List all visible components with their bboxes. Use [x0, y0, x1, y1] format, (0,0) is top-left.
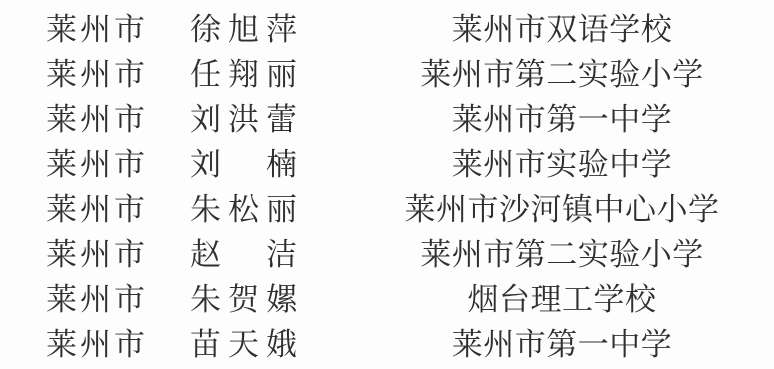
table-row: 莱州市 刘洪蕾 莱州市第一中学: [0, 97, 774, 142]
city-cell: 莱州市: [46, 322, 158, 367]
city-cell: 莱州市: [46, 52, 158, 97]
city-cell: 莱州市: [46, 232, 158, 277]
name-cell: 朱贺嫘: [190, 277, 316, 322]
name-cell: 徐旭萍: [190, 7, 316, 52]
table-row: 莱州市 朱贺嫘 烟台理工学校: [0, 277, 774, 322]
city-cell: 莱州市: [46, 142, 158, 187]
city-cell: 莱州市: [46, 97, 158, 142]
school-cell: 莱州市第二实验小学: [350, 232, 774, 277]
document-page: 莱州市 徐旭萍 莱州市双语学校 莱州市 任翔丽 莱州市第二实验小学 莱州市 刘洪…: [0, 0, 774, 369]
table-row: 莱州市 徐旭萍 莱州市双语学校: [0, 7, 774, 52]
table-row: 莱州市 刘 楠 莱州市实验中学: [0, 142, 774, 187]
name-cell: 朱松丽: [190, 187, 316, 232]
name-cell: 刘洪蕾: [190, 97, 316, 142]
school-cell: 莱州市第一中学: [350, 322, 774, 367]
school-cell: 莱州市实验中学: [350, 142, 774, 187]
school-cell: 莱州市第二实验小学: [350, 52, 774, 97]
table-row: 莱州市 苗天娥 莱州市第一中学: [0, 322, 774, 367]
name-cell: 苗天娥: [190, 322, 316, 367]
school-cell: 莱州市双语学校: [350, 7, 774, 52]
city-cell: 莱州市: [46, 277, 158, 322]
name-cell: 赵 洁: [190, 232, 316, 277]
school-cell: 烟台理工学校: [350, 277, 774, 322]
city-cell: 莱州市: [46, 7, 158, 52]
table-row: 莱州市 朱松丽 莱州市沙河镇中心小学: [0, 187, 774, 232]
city-cell: 莱州市: [46, 187, 158, 232]
name-cell: 刘 楠: [190, 142, 316, 187]
name-cell: 任翔丽: [190, 52, 316, 97]
table-row: 莱州市 赵 洁 莱州市第二实验小学: [0, 232, 774, 277]
school-cell: 莱州市沙河镇中心小学: [350, 187, 774, 232]
school-cell: 莱州市第一中学: [350, 97, 774, 142]
table-row: 莱州市 任翔丽 莱州市第二实验小学: [0, 52, 774, 97]
